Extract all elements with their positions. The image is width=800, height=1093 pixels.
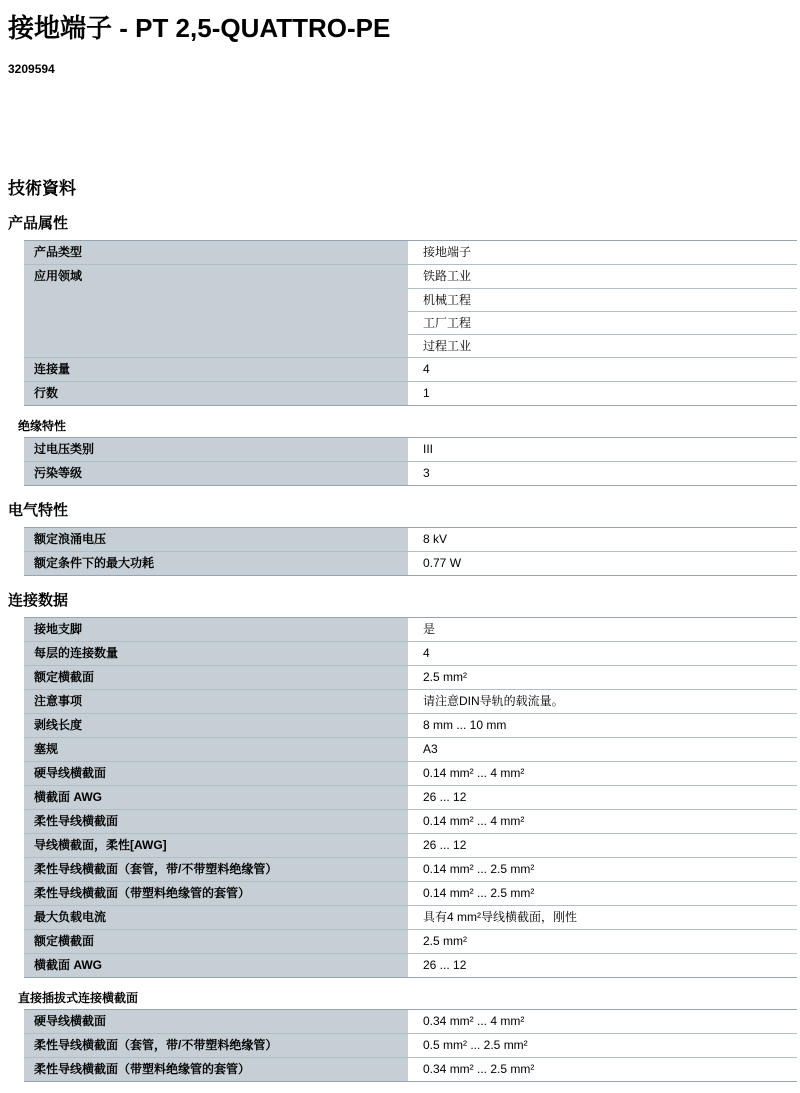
row-label: 产品类型 — [24, 241, 408, 264]
row-value: 0.77 W — [408, 552, 797, 575]
row-label: 行数 — [24, 382, 408, 405]
spec-table-5: 硬导线横截面0.34 mm² ... 4 mm²柔性导线横截面（套管，带/不带塑… — [24, 1009, 797, 1082]
row-label: 额定横截面 — [24, 930, 408, 953]
row-values: 0.14 mm² ... 2.5 mm² — [408, 882, 797, 905]
row-label: 额定横截面 — [24, 666, 408, 689]
article-number: 3209594 — [8, 62, 797, 76]
table-row: 额定条件下的最大功耗0.77 W — [24, 551, 797, 575]
row-label: 横截面 AWG — [24, 954, 408, 977]
row-values: 2.5 mm² — [408, 666, 797, 689]
row-value: 1 — [408, 382, 797, 405]
row-label: 导线横截面，柔性[AWG] — [24, 834, 408, 857]
row-value: 26 ... 12 — [408, 834, 797, 857]
table-row: 连接量4 — [24, 357, 797, 381]
row-value: 26 ... 12 — [408, 786, 797, 809]
table-row: 过电压类别III — [24, 438, 797, 461]
row-value: 0.34 mm² ... 4 mm² — [408, 1010, 797, 1033]
row-values: 1 — [408, 382, 797, 405]
table-row: 污染等级3 — [24, 461, 797, 485]
row-value: 2.5 mm² — [408, 930, 797, 953]
table-row: 柔性导线横截面（带塑料绝缘管的套管）0.34 mm² ... 2.5 mm² — [24, 1057, 797, 1081]
table-row: 额定横截面2.5 mm² — [24, 665, 797, 689]
row-values: 8 kV — [408, 528, 797, 551]
table-row: 导线横截面，柔性[AWG]26 ... 12 — [24, 833, 797, 857]
table-row: 柔性导线横截面（套管，带/不带塑料绝缘管）0.14 mm² ... 2.5 mm… — [24, 857, 797, 881]
row-values: 请注意DIN导轨的载流量。 — [408, 690, 797, 713]
row-label: 硬导线横截面 — [24, 1010, 408, 1033]
row-label: 剥线长度 — [24, 714, 408, 737]
row-value: 8 kV — [408, 528, 797, 551]
section-heading-2: 绝缘特性 — [18, 419, 797, 434]
spec-table-3: 额定浪涌电压8 kV额定条件下的最大功耗0.77 W — [24, 527, 797, 576]
row-value: 8 mm ... 10 mm — [408, 714, 797, 737]
row-value: 0.14 mm² ... 4 mm² — [408, 762, 797, 785]
row-value: 0.14 mm² ... 4 mm² — [408, 810, 797, 833]
row-label: 应用领域 — [24, 265, 408, 357]
table-row: 额定浪涌电压8 kV — [24, 528, 797, 551]
row-label: 每层的连接数量 — [24, 642, 408, 665]
section-heading-4: 连接数据 — [8, 592, 797, 610]
row-label: 接地支脚 — [24, 618, 408, 641]
table-row: 每层的连接数量4 — [24, 641, 797, 665]
table-row: 剥线长度8 mm ... 10 mm — [24, 713, 797, 737]
datasheet-page: 接地端子 - PT 2,5-QUATTRO-PE 3209594 技術資料 产品… — [0, 0, 800, 1093]
row-values: 0.77 W — [408, 552, 797, 575]
section-heading-1: 产品属性 — [8, 215, 797, 233]
row-value: 4 — [408, 642, 797, 665]
row-label: 柔性导线横截面（套管，带/不带塑料绝缘管） — [24, 858, 408, 881]
table-row: 行数1 — [24, 381, 797, 405]
table-row: 接地支脚是 — [24, 618, 797, 641]
row-values: 4 — [408, 358, 797, 381]
row-value: 3 — [408, 462, 797, 485]
section-heading-5: 直接插拔式连接横截面 — [18, 991, 797, 1006]
row-value: 工厂工程 — [408, 311, 797, 334]
table-row: 应用领域铁路工业机械工程工厂工程过程工业 — [24, 264, 797, 357]
row-label: 额定条件下的最大功耗 — [24, 552, 408, 575]
row-label: 污染等级 — [24, 462, 408, 485]
row-label: 横截面 AWG — [24, 786, 408, 809]
row-values: 0.14 mm² ... 2.5 mm² — [408, 858, 797, 881]
row-values: 是 — [408, 618, 797, 641]
row-value: 26 ... 12 — [408, 954, 797, 977]
row-value: 0.14 mm² ... 2.5 mm² — [408, 858, 797, 881]
row-value: 0.14 mm² ... 2.5 mm² — [408, 882, 797, 905]
row-value: 具有4 mm²导线横截面，刚性 — [408, 906, 797, 929]
row-label: 注意事项 — [24, 690, 408, 713]
row-values: 3 — [408, 462, 797, 485]
table-row: 硬导线横截面0.14 mm² ... 4 mm² — [24, 761, 797, 785]
row-values: III — [408, 438, 797, 461]
row-value: 接地端子 — [408, 241, 797, 264]
row-values: 具有4 mm²导线横截面，刚性 — [408, 906, 797, 929]
row-value: 4 — [408, 358, 797, 381]
row-label: 塞规 — [24, 738, 408, 761]
table-row: 柔性导线横截面（带塑料绝缘管的套管）0.14 mm² ... 2.5 mm² — [24, 881, 797, 905]
row-label: 柔性导线横截面（套管，带/不带塑料绝缘管） — [24, 1034, 408, 1057]
technical-data-heading: 技術資料 — [8, 179, 797, 199]
row-value: III — [408, 438, 797, 461]
row-value: 0.5 mm² ... 2.5 mm² — [408, 1034, 797, 1057]
row-values: A3 — [408, 738, 797, 761]
row-values: 26 ... 12 — [408, 834, 797, 857]
row-label: 最大负载电流 — [24, 906, 408, 929]
table-row: 注意事项请注意DIN导轨的载流量。 — [24, 689, 797, 713]
row-values: 0.14 mm² ... 4 mm² — [408, 810, 797, 833]
table-row: 额定横截面2.5 mm² — [24, 929, 797, 953]
row-label: 硬导线横截面 — [24, 762, 408, 785]
row-values: 26 ... 12 — [408, 786, 797, 809]
row-label: 额定浪涌电压 — [24, 528, 408, 551]
row-value: A3 — [408, 738, 797, 761]
row-values: 0.14 mm² ... 4 mm² — [408, 762, 797, 785]
row-value: 机械工程 — [408, 288, 797, 311]
row-label: 柔性导线横截面（带塑料绝缘管的套管） — [24, 882, 408, 905]
row-value: 0.34 mm² ... 2.5 mm² — [408, 1058, 797, 1081]
row-label: 过电压类别 — [24, 438, 408, 461]
page-title: 接地端子 - PT 2,5-QUATTRO-PE — [8, 0, 797, 43]
row-label: 连接量 — [24, 358, 408, 381]
section-heading-3: 电气特性 — [8, 502, 797, 520]
table-row: 横截面 AWG26 ... 12 — [24, 785, 797, 809]
row-values: 接地端子 — [408, 241, 797, 264]
table-row: 塞规A3 — [24, 737, 797, 761]
row-values: 0.34 mm² ... 2.5 mm² — [408, 1058, 797, 1081]
row-values: 铁路工业机械工程工厂工程过程工业 — [408, 265, 797, 357]
spec-table-1: 产品类型接地端子应用领域铁路工业机械工程工厂工程过程工业连接量4行数1 — [24, 240, 797, 406]
table-row: 最大负载电流具有4 mm²导线横截面，刚性 — [24, 905, 797, 929]
table-row: 柔性导线横截面（套管，带/不带塑料绝缘管）0.5 mm² ... 2.5 mm² — [24, 1033, 797, 1057]
row-values: 26 ... 12 — [408, 954, 797, 977]
row-values: 2.5 mm² — [408, 930, 797, 953]
row-values: 0.5 mm² ... 2.5 mm² — [408, 1034, 797, 1057]
row-values: 0.34 mm² ... 4 mm² — [408, 1010, 797, 1033]
row-value: 铁路工业 — [408, 265, 797, 288]
row-values: 4 — [408, 642, 797, 665]
row-value: 是 — [408, 618, 797, 641]
row-value: 请注意DIN导轨的载流量。 — [408, 690, 797, 713]
row-label: 柔性导线横截面（带塑料绝缘管的套管） — [24, 1058, 408, 1081]
table-row: 硬导线横截面0.34 mm² ... 4 mm² — [24, 1010, 797, 1033]
row-values: 8 mm ... 10 mm — [408, 714, 797, 737]
table-row: 产品类型接地端子 — [24, 241, 797, 264]
spec-table-4: 接地支脚是每层的连接数量4额定横截面2.5 mm²注意事项请注意DIN导轨的载流… — [24, 617, 797, 978]
row-label: 柔性导线横截面 — [24, 810, 408, 833]
row-value: 2.5 mm² — [408, 666, 797, 689]
table-row: 横截面 AWG26 ... 12 — [24, 953, 797, 977]
spec-table-2: 过电压类别III污染等级3 — [24, 437, 797, 486]
row-value: 过程工业 — [408, 334, 797, 357]
sections-container: 产品属性产品类型接地端子应用领域铁路工业机械工程工厂工程过程工业连接量4行数1绝… — [8, 215, 797, 1082]
table-row: 柔性导线横截面0.14 mm² ... 4 mm² — [24, 809, 797, 833]
